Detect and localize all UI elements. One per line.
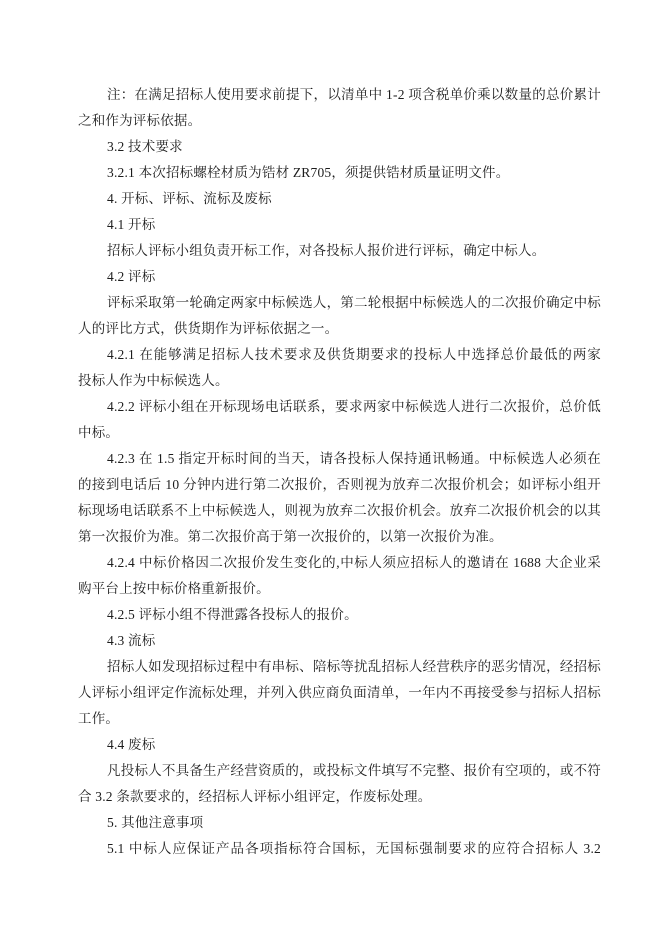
text-line: 标现场电话联系不上中标候选人，则视为放弃二次报价机会。放弃二次报价机会的以其	[78, 498, 601, 524]
text-line: 3.2.1 本次招标螺栓材质为锆材 ZR705，须提供锆材质量证明文件。	[78, 160, 601, 186]
text-line: 4.3 流标	[78, 628, 601, 654]
text-line: 4.2.5 评标小组不得泄露各投标人的报价。	[78, 602, 601, 628]
document-body: 注：在满足招标人使用要求前提下，以清单中 1-2 项含税单价乘以数量的总价累计之…	[78, 82, 601, 862]
text-line: 投标人作为中标候选人。	[78, 368, 601, 394]
text-line: 合 3.2 条款要求的，经招标人评标小组评定，作废标处理。	[78, 784, 601, 810]
text-line: 工作。	[78, 706, 601, 732]
text-line: 人的评比方式，供货期作为评标依据之一。	[78, 316, 601, 342]
text-line: 4. 开标、评标、流标及废标	[78, 186, 601, 212]
text-line: 评标采取第一轮确定两家中标候选人，第二轮根据中标候选人的二次报价确定中标	[78, 290, 601, 316]
text-line: 注：在满足招标人使用要求前提下，以清单中 1-2 项含税单价乘以数量的总价累计	[78, 82, 601, 108]
text-line: 5.1 中标人应保证产品各项指标符合国标，无国标强制要求的应符合招标人 3.2	[78, 836, 601, 862]
text-line: 4.2.1 在能够满足招标人技术要求及供货期要求的投标人中选择总价最低的两家	[78, 342, 601, 368]
text-line: 人评标小组评定作流标处理，并列入供应商负面清单，一年内不再接受参与招标人招标	[78, 680, 601, 706]
text-line: 4.1 开标	[78, 212, 601, 238]
text-line: 5. 其他注意事项	[78, 810, 601, 836]
text-line: 之和作为评标依据。	[78, 108, 601, 134]
text-line: 购平台上按中标价格重新报价。	[78, 576, 601, 602]
text-line: 4.2.4 中标价格因二次报价发生变化的,中标人须应招标人的邀请在 1688 大…	[78, 550, 601, 576]
text-line: 3.2 技术要求	[78, 134, 601, 160]
text-line: 中标。	[78, 420, 601, 446]
text-line: 招标人评标小组负责开标工作，对各投标人报价进行评标，确定中标人。	[78, 238, 601, 264]
text-line: 第一次报价为准。第二次报价高于第一次报价的，以第一次报价为准。	[78, 524, 601, 550]
text-line: 4.2.2 评标小组在开标现场电话联系，要求两家中标候选人进行二次报价，总价低	[78, 394, 601, 420]
text-line: 凡投标人不具备生产经营资质的，或投标文件填写不完整、报价有空项的，或不符	[78, 758, 601, 784]
text-line: 招标人如发现招标过程中有串标、陪标等扰乱招标人经营秩序的恶劣情况，经招标	[78, 654, 601, 680]
text-line: 4.4 废标	[78, 732, 601, 758]
text-line: 4.2 评标	[78, 264, 601, 290]
document-page: 注：在满足招标人使用要求前提下，以清单中 1-2 项含税单价乘以数量的总价累计之…	[0, 0, 662, 936]
text-line: 4.2.3 在 1.5 指定开标时间的当天，请各投标人保持通讯畅通。中标候选人必…	[78, 446, 601, 472]
text-line: 的接到电话后 10 分钟内进行第二次报价，否则视为放弃二次报价机会；如评标小组开	[78, 472, 601, 498]
